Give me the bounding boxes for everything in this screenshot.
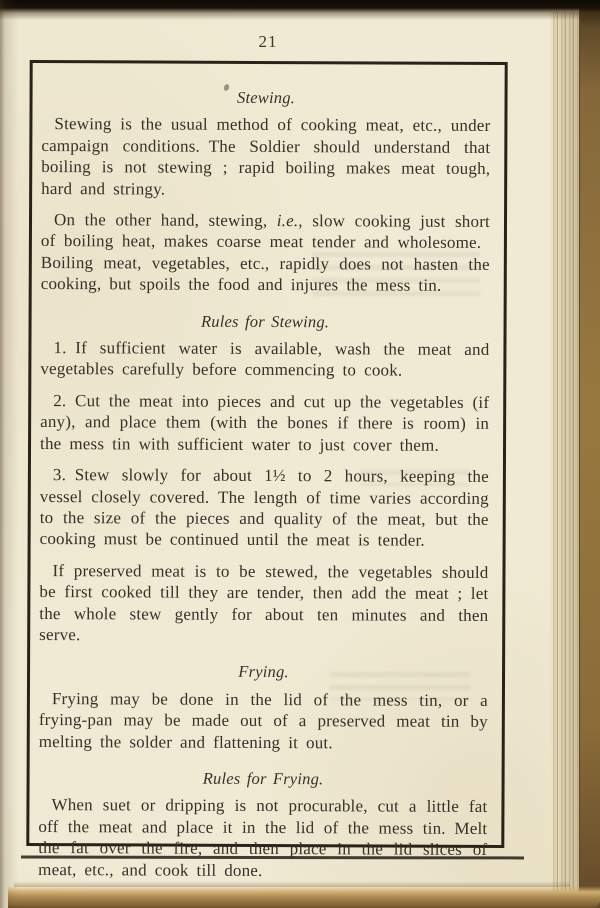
frying-rule-paragraph: When suet or dripping is not procurable,…: [38, 794, 487, 882]
preserved-meat-paragraph: If preserved meat is to be stewed, the v…: [39, 560, 488, 648]
stewing-rule-1: 1. If sufficient water is available, was…: [40, 337, 489, 382]
book-bottom-edge: [8, 886, 600, 908]
frying-heading: Frying.: [39, 660, 488, 683]
stewing-heading: Stewing.: [42, 86, 491, 109]
frying-intro-paragraph: Frying may be done in the lid of the mes…: [39, 688, 488, 754]
book-cover-right-edge: [579, 0, 600, 908]
binding-shadow: [0, 0, 18, 908]
stewing-intro-paragraph: Stewing is the usual method of cooking m…: [41, 113, 490, 201]
rules-for-frying-heading: Rules for Frying.: [39, 767, 488, 790]
paragraph-text: On the other hand, stewing,: [54, 210, 277, 230]
stewing-rule-3: 3. Stew slowly for about 1½ to 2 hours, …: [40, 464, 489, 552]
stewing-second-paragraph: On the other hand, stewing, i.e., slow c…: [41, 209, 490, 297]
page-number: 21: [0, 33, 536, 50]
printed-text-frame: Stewing. Stewing is the usual method of …: [26, 60, 507, 848]
rules-for-stewing-heading: Rules for Stewing.: [41, 310, 490, 333]
book-top-edge: [0, 0, 600, 20]
stewing-rule-2: 2. Cut the meat into pieces and cut up t…: [40, 390, 489, 456]
page-edges: [550, 12, 582, 892]
latin-abbreviation: i.e.,: [277, 211, 303, 230]
